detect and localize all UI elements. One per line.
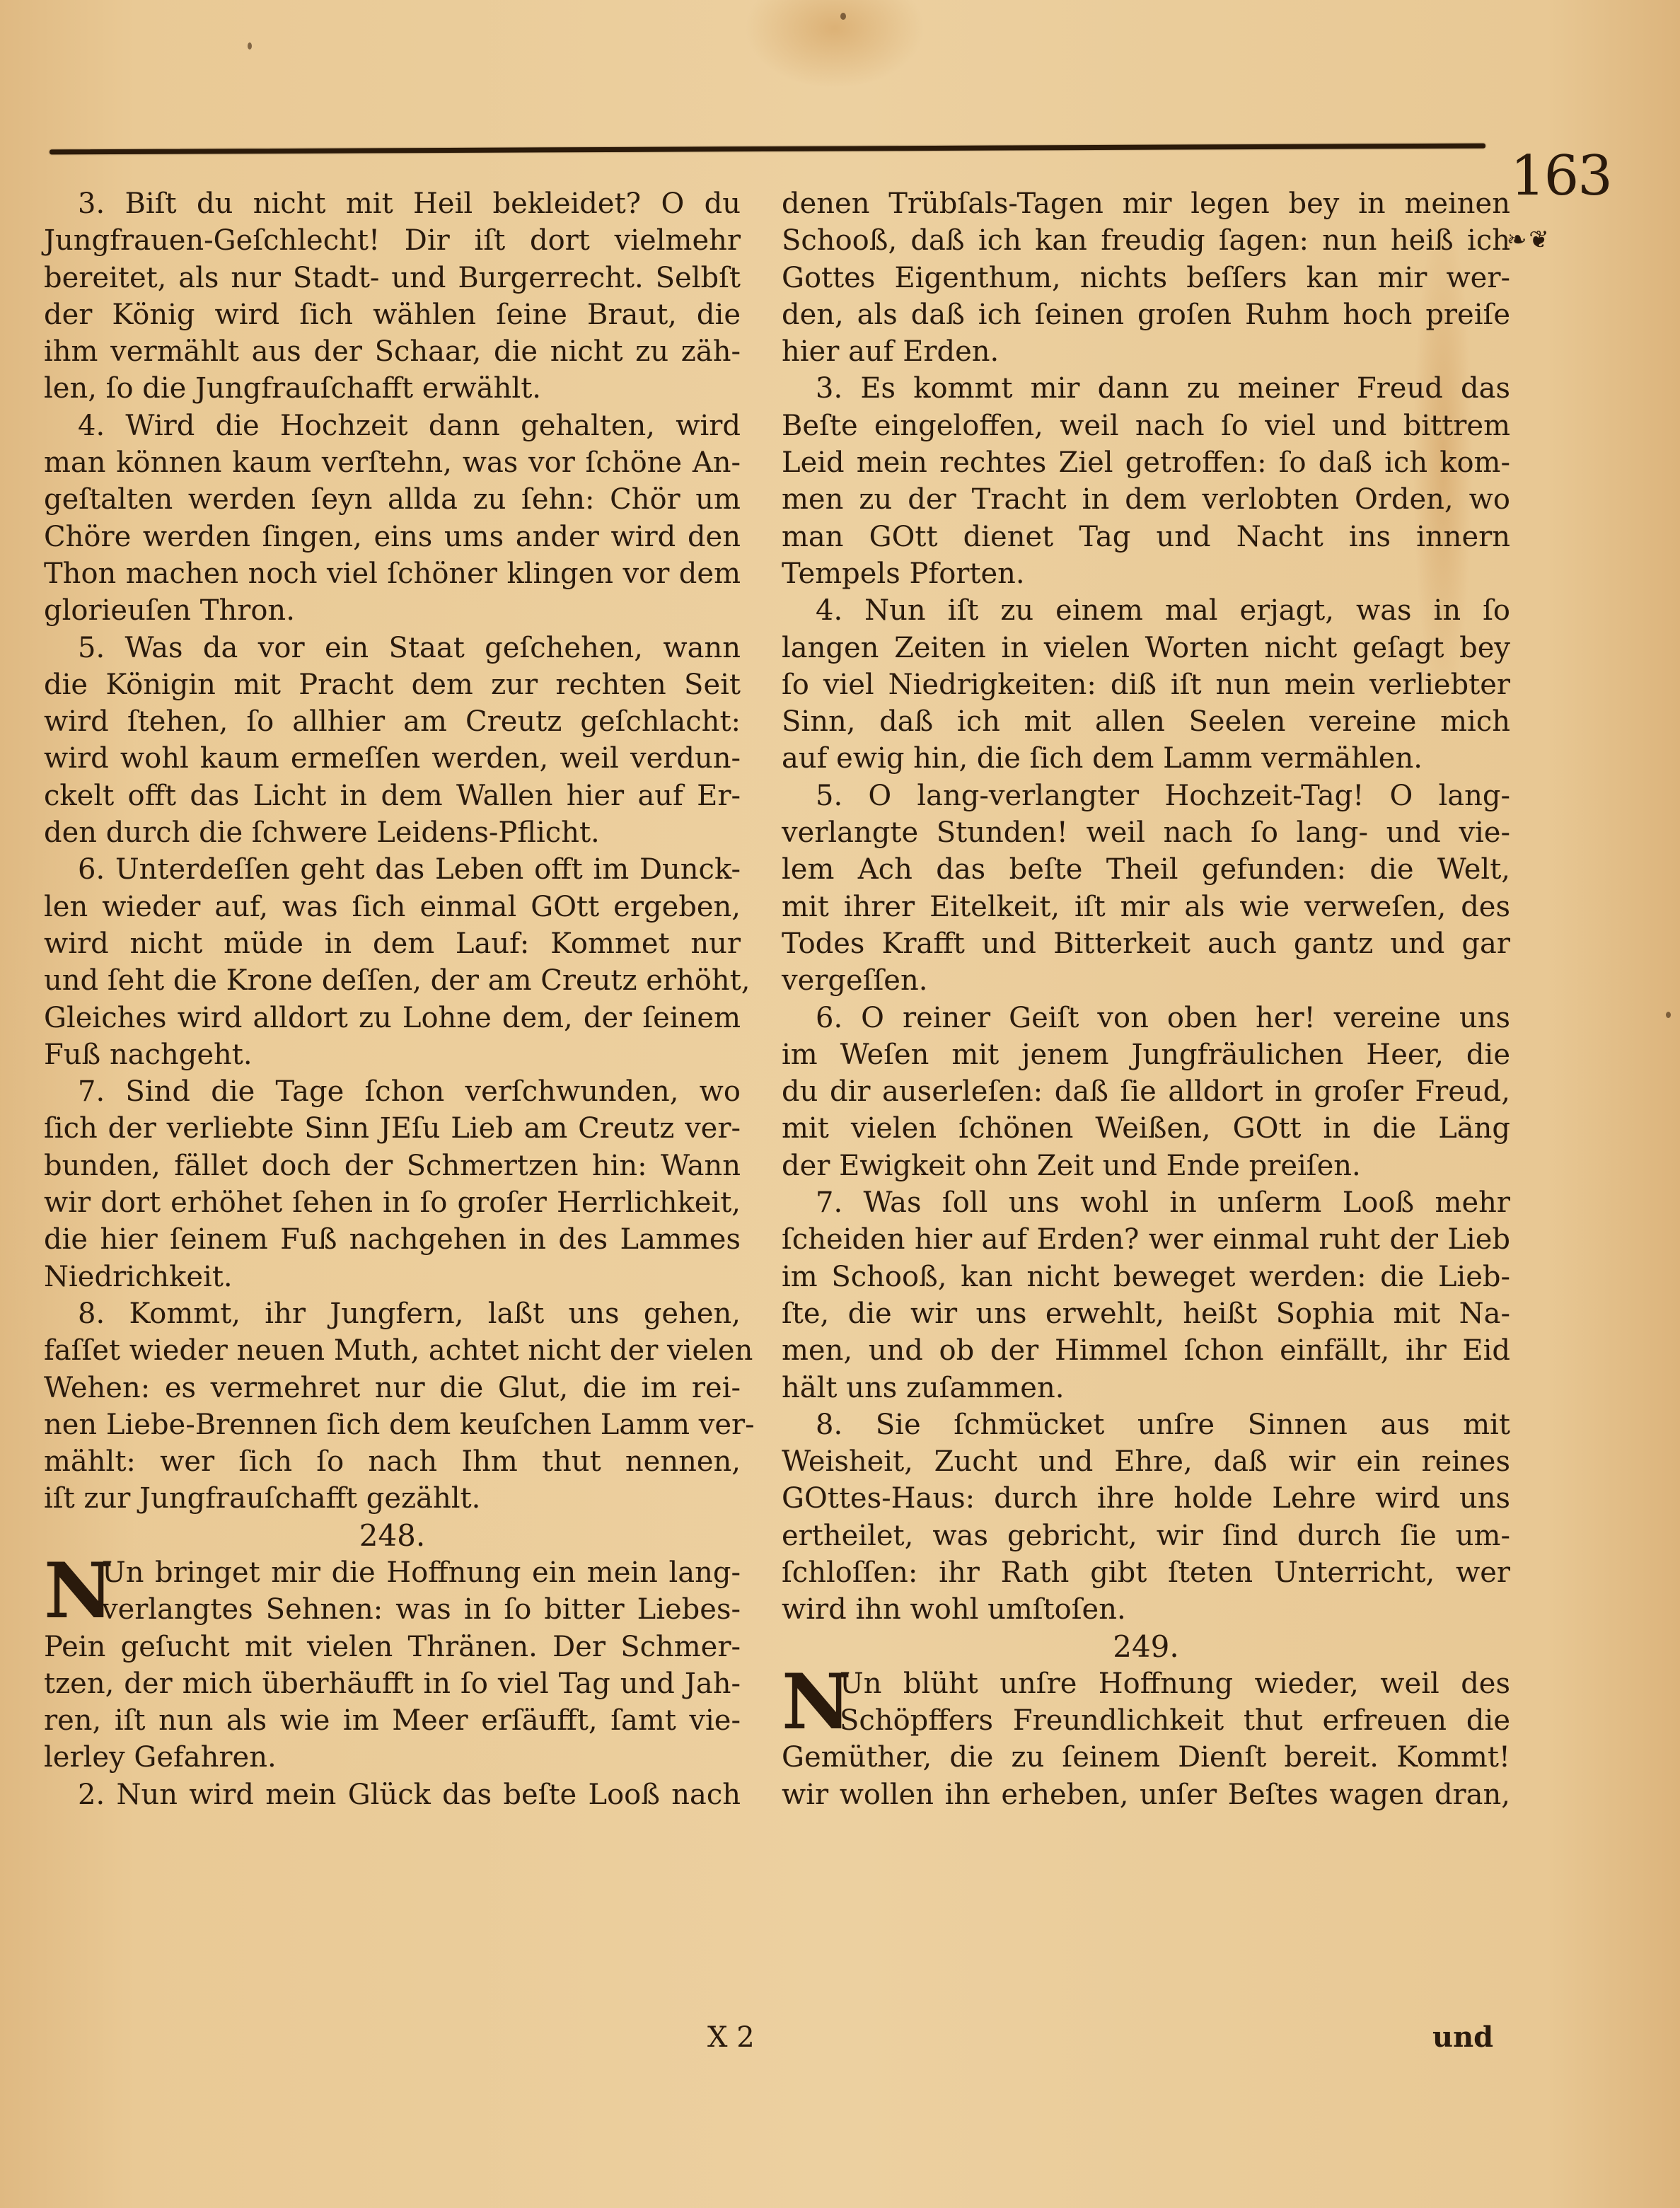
verse-line: ren, iſt nun als wie im Meer erſäufft, ſ… bbox=[44, 1702, 741, 1739]
verse-line: iſt zur Jungfrauſchafft gezählt. bbox=[44, 1480, 741, 1517]
verse-line: Un blüht unſre Hoffnung wieder, weil des bbox=[782, 1665, 1510, 1702]
verse-line: denen Trübſals-Tagen mir legen bey in me… bbox=[782, 185, 1510, 222]
verse-line: Gemüther, die zu ſeinem Dienſt bereit. K… bbox=[782, 1739, 1510, 1776]
verse-line: faſſet wieder neuen Muth, achtet nicht d… bbox=[44, 1332, 741, 1369]
page-number: 163 bbox=[1510, 149, 1611, 204]
verse-line: Thon machen noch viel ſchöner klingen vo… bbox=[44, 555, 741, 592]
verse-line: ſchloſſen: ihr Rath gibt ſteten Unterric… bbox=[782, 1554, 1510, 1591]
verse-line: ſich der verliebte Sinn JEſu Lieb am Cre… bbox=[44, 1110, 741, 1147]
verse-line: 5. O lang-verlangter Hochzeit-Tag! O lan… bbox=[782, 778, 1510, 814]
verse-line: wird ſtehen, ſo allhier am Creutz geſchl… bbox=[44, 703, 741, 740]
verse-line: bereitet, als nur Stadt- und Burgerrecht… bbox=[44, 260, 741, 296]
verse-line: 2. Nun wird mein Glück das beſte Looß na… bbox=[44, 1776, 741, 1813]
verse-line: len, ſo die Jungfrauſchafft erwählt. bbox=[44, 370, 741, 407]
verse-line: geſtalten werden ſeyn allda zu ſehn: Chö… bbox=[44, 481, 741, 518]
verse-line: men zu der Tracht in dem verlobten Orden… bbox=[782, 481, 1510, 518]
verse-line: bunden, fället doch der Schmertzen hin: … bbox=[44, 1148, 741, 1184]
verse-line: die hier ſeinem Fuß nachgehen in des Lam… bbox=[44, 1221, 741, 1258]
verse-line: men, und ob der Himmel ſchon einfällt, i… bbox=[782, 1332, 1510, 1369]
verse-line: Jungfrauen-Geſchlecht! Dir iſt dort viel… bbox=[44, 222, 741, 259]
verse-line: wir wollen ihn erheben, unſer Beſtes wag… bbox=[782, 1776, 1510, 1813]
verse-line: der König wird ſich wählen ſeine Braut, … bbox=[44, 296, 741, 333]
verse-line: 3. Biſt du nicht mit Heil bekleidet? O d… bbox=[44, 185, 741, 222]
verse-line: die Königin mit Pracht dem zur rechten S… bbox=[44, 666, 741, 703]
verse-line: ſo viel Niedrigkeiten: diß iſt nun mein … bbox=[782, 666, 1510, 703]
verse-line: wird ihn wohl umſtoſen. bbox=[782, 1591, 1510, 1628]
verse-line: den, als daß ich ſeinen groſen Ruhm hoch… bbox=[782, 296, 1510, 333]
verse-line: Fuß nachgeht. bbox=[44, 1036, 741, 1073]
verse-line: lem Ach das beſte Theil gefunden: die We… bbox=[782, 851, 1510, 888]
verse-line: Chöre werden ſingen, eins ums ander wird… bbox=[44, 519, 741, 555]
verse-line: und ſeht die Krone deſſen, der am Creutz… bbox=[44, 962, 741, 999]
verse-line: wird wohl kaum ermeſſen werden, weil ver… bbox=[44, 740, 741, 777]
verse-line: den durch die ſchwere Leidens-Pflicht. bbox=[44, 814, 741, 851]
paper-speck bbox=[1666, 1012, 1671, 1018]
verse-line: mit vielen ſchönen Weißen, GOtt in die L… bbox=[782, 1110, 1510, 1147]
verse-line: Beſte eingeloffen, weil nach ſo viel und… bbox=[782, 408, 1510, 444]
verse-line: 4. Wird die Hochzeit dann gehalten, wird bbox=[44, 408, 741, 444]
verse-line: man können kaum verſtehn, was vor ſchöne… bbox=[44, 444, 741, 481]
verse-line: vergeſſen. bbox=[782, 962, 1510, 999]
verse-line: 3. Es kommt mir dann zu meiner Freud das bbox=[782, 370, 1510, 407]
verse-line: Weisheit, Zucht und Ehre, daß wir ein re… bbox=[782, 1443, 1510, 1480]
verse-line: tzen, der mich überhäufft in ſo viel Tag… bbox=[44, 1665, 741, 1702]
verse-line: verlangtes Sehnen: was in ſo bitter Lieb… bbox=[44, 1591, 741, 1628]
verse-line: hält uns zuſammen. bbox=[782, 1370, 1510, 1406]
verse-line: GOttes-Haus: durch ihre holde Lehre wird… bbox=[782, 1480, 1510, 1517]
verse-line: man GOtt dienet Tag und Nacht ins innern bbox=[782, 519, 1510, 555]
verse-line: verlangte Stunden! weil nach ſo lang- un… bbox=[782, 814, 1510, 851]
verse-line: wir dort erhöhet ſehen in ſo groſer Herr… bbox=[44, 1184, 741, 1221]
paper-speck bbox=[840, 13, 846, 20]
verse-line: glorieuſen Thron. bbox=[44, 592, 741, 629]
verse-line: 7. Sind die Tage ſchon verſchwunden, wo bbox=[44, 1073, 741, 1110]
verse-line: 6. Unterdeſſen geht das Leben offt im Du… bbox=[44, 851, 741, 888]
verse-line: 8. Kommt, ihr Jungfern, laßt uns gehen, bbox=[44, 1295, 741, 1332]
verse-line: nen Liebe-Brennen ſich dem keuſchen Lamm… bbox=[44, 1406, 741, 1443]
drop-cap: N bbox=[782, 1668, 852, 1736]
verse-line: Pein geſucht mit vielen Thränen. Der Sch… bbox=[44, 1629, 741, 1665]
verse-line: im Schooß, kan nicht beweget werden: die… bbox=[782, 1259, 1510, 1295]
hymn-249-opening: N Un blüht unſre Hoffnung wieder, weil d… bbox=[782, 1665, 1510, 1740]
verse-line: 5. Was da vor ein Staat geſchehen, wann bbox=[44, 630, 741, 666]
verse-line: lerley Gefahren. bbox=[44, 1739, 741, 1776]
verse-line: im Weſen mit jenem Jungfräulichen Heer, … bbox=[782, 1036, 1510, 1073]
verse-line: Gottes Eigenthum, nichts beſſers kan mir… bbox=[782, 260, 1510, 296]
right-column: denen Trübſals-Tagen mir legen bey in me… bbox=[782, 185, 1510, 1813]
ornament-icon: ❧ ❦ bbox=[1507, 228, 1546, 252]
verse-line: auf ewig hin, die ſich dem Lamm vermähle… bbox=[782, 740, 1510, 777]
verse-line: ertheilet, was gebricht, wir ſind durch … bbox=[782, 1518, 1510, 1554]
verse-line: 8. Sie ſchmücket unſre Sinnen aus mit bbox=[782, 1406, 1510, 1443]
verse-line: 7. Was ſoll uns wohl in unſerm Looß mehr bbox=[782, 1184, 1510, 1221]
verse-line: 4. Nun iſt zu einem mal erjagt, was in ſ… bbox=[782, 592, 1510, 629]
left-column: 3. Biſt du nicht mit Heil bekleidet? O d… bbox=[44, 185, 741, 1813]
paper-speck bbox=[248, 42, 252, 50]
verse-line: Todes Krafft und Bitterkeit auch gantz u… bbox=[782, 925, 1510, 962]
verse-line: 6. O reiner Geiſt von oben her! vereine … bbox=[782, 1000, 1510, 1036]
hymn-248-opening: N Un bringet mir die Hoffnung ein mein l… bbox=[44, 1554, 741, 1629]
verse-line: Tempels Pforten. bbox=[782, 555, 1510, 592]
verse-line: Leid mein rechtes Ziel getroffen: ſo daß… bbox=[782, 444, 1510, 481]
verse-line: langen Zeiten in vielen Worten nicht geſ… bbox=[782, 630, 1510, 666]
verse-line: du dir auserleſen: daß ſie alldort in gr… bbox=[782, 1073, 1510, 1110]
verse-line: Niedrichkeit. bbox=[44, 1259, 741, 1295]
verse-line: ihm vermählt aus der Schaar, die nicht z… bbox=[44, 333, 741, 370]
verse-line: wird nicht müde in dem Lauf: Kommet nur bbox=[44, 925, 741, 962]
verse-line: Schooß, daß ich kan freudig ſagen: nun h… bbox=[782, 222, 1510, 259]
verse-line: ſte, die wir uns erwehlt, heißt Sophia m… bbox=[782, 1295, 1510, 1332]
printer-signature: X 2 bbox=[707, 2023, 755, 2052]
verse-line: Gleiches wird alldort zu Lohne dem, der … bbox=[44, 1000, 741, 1036]
hymn-number: 249. bbox=[782, 1629, 1510, 1665]
verse-line: der Ewigkeit ohn Zeit und Ende preiſen. bbox=[782, 1148, 1510, 1184]
catchword: und bbox=[1432, 2023, 1493, 2052]
hymn-number: 248. bbox=[44, 1518, 741, 1554]
verse-line: Sinn, daß ich mit allen Seelen vereine m… bbox=[782, 703, 1510, 740]
verse-line: mit ihrer Eitelkeit, iſt mir als wie ver… bbox=[782, 889, 1510, 925]
verse-line: hier auf Erden. bbox=[782, 333, 1510, 370]
verse-line: ckelt offt das Licht in dem Wallen hier … bbox=[44, 778, 741, 814]
verse-line: Wehen: es vermehret nur die Glut, die im… bbox=[44, 1370, 741, 1406]
verse-line: ſcheiden hier auf Erden? wer einmal ruht… bbox=[782, 1221, 1510, 1258]
drop-cap: N bbox=[44, 1557, 114, 1625]
verse-line: mählt: wer ſich ſo nach Ihm thut nennen, bbox=[44, 1443, 741, 1480]
verse-line: Un bringet mir die Hoffnung ein mein lan… bbox=[44, 1554, 741, 1591]
verse-line: Schöpffers Freundlichkeit thut erfreuen … bbox=[782, 1702, 1510, 1739]
verse-line: len wieder auf, was ſich einmal GOtt erg… bbox=[44, 889, 741, 925]
